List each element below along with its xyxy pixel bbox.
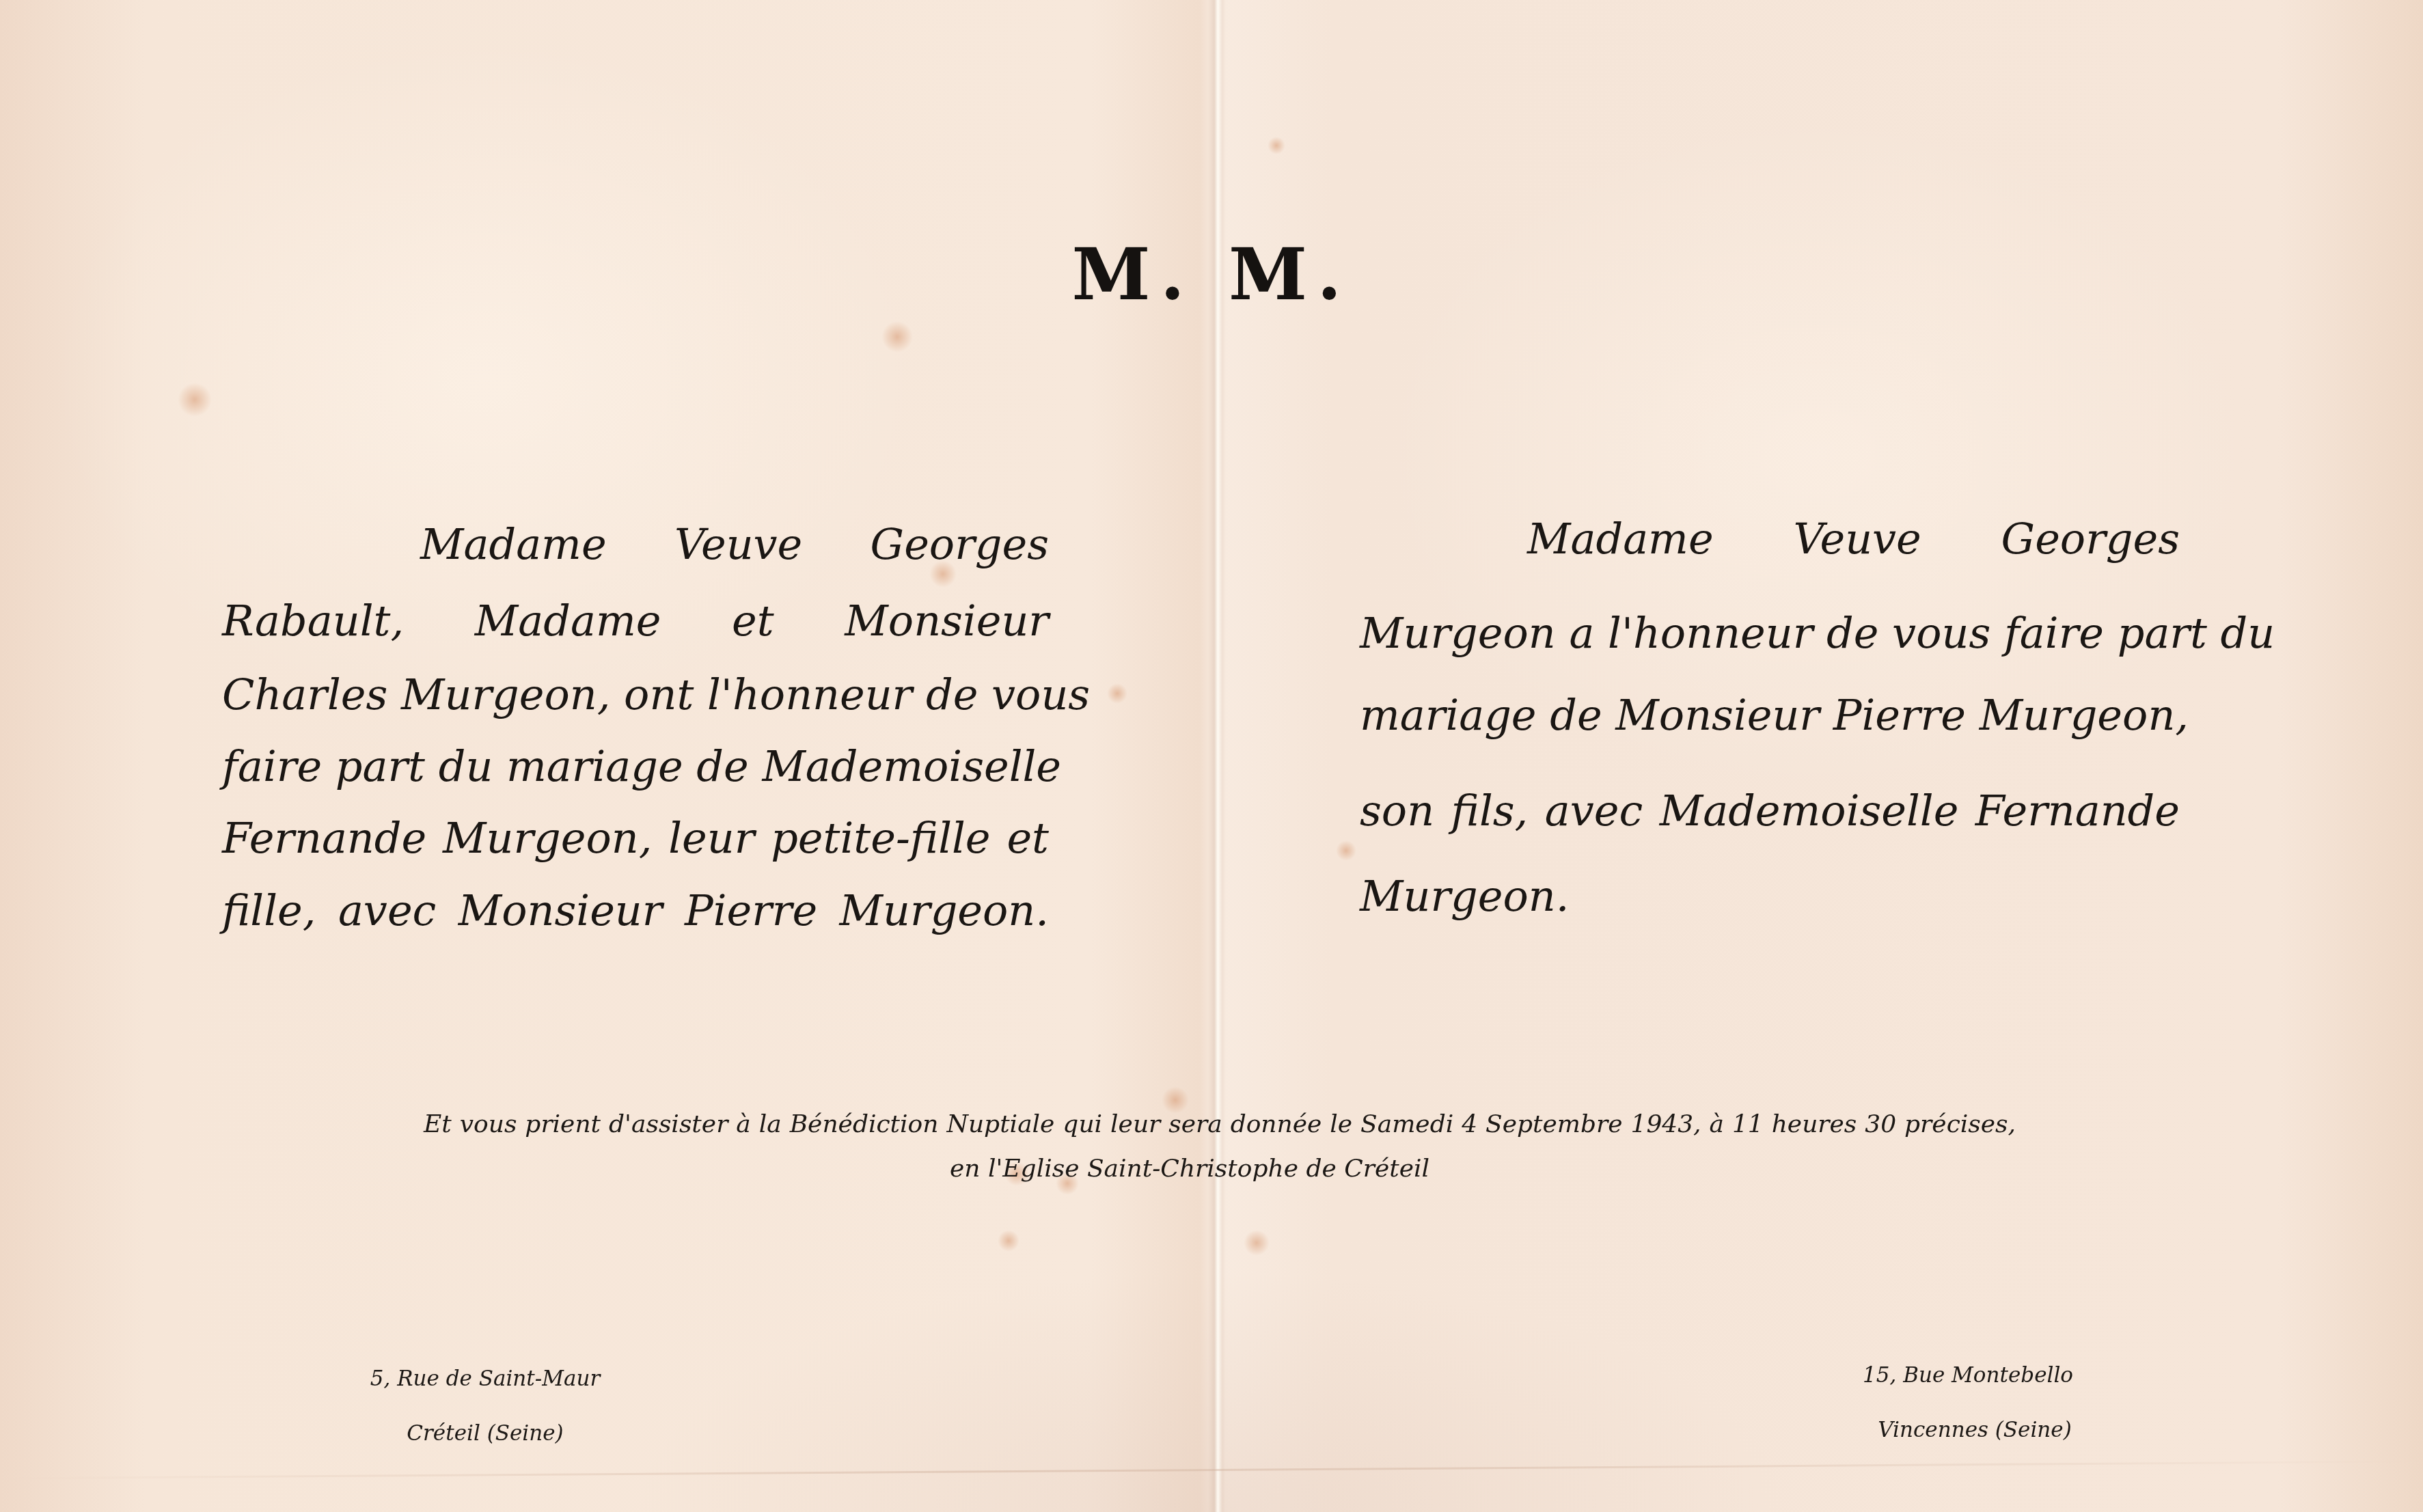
right-address-street: 15, Bue Montebello <box>1797 1363 2139 1388</box>
age-spot <box>1162 1086 1189 1114</box>
announcement-line: Murgeon a l'honneur de vous faire part d… <box>1360 608 2180 658</box>
announcement-line: mariage de Monsieur Pierre Murgeon, <box>1360 690 2180 740</box>
invitation-line-1: Et vous prient d'assister à la Bénédicti… <box>424 1110 2016 1138</box>
announcement-line: faire part du mariage de Mademoiselle <box>222 741 1049 791</box>
announcement-line: Charles Murgeon, ont l'honneur de vous <box>222 670 1049 719</box>
announcement-line: son fils, avec Mademoiselle Fernande <box>1360 786 2180 836</box>
announcement-line: Fernande Murgeon, leur petite-fille et <box>222 813 1049 863</box>
age-spot <box>1268 137 1285 154</box>
center-fold <box>1208 0 1226 1512</box>
announcement-line: Rabault, Madame et Monsieur <box>222 596 1049 646</box>
age-spot <box>1244 1230 1270 1256</box>
announcement-line: Madame Veuve Georges <box>420 519 1049 569</box>
right-address-city: Vincennes (Seine) <box>1804 1418 2146 1442</box>
age-spot <box>178 383 212 417</box>
age-spot <box>881 321 913 353</box>
announcement-line: fille, avec Monsieur Pierre Murgeon. <box>222 885 1049 935</box>
age-spot <box>1107 683 1127 704</box>
left-address-city: Créteil (Seine) <box>314 1421 656 1446</box>
announcement-line: Murgeon. <box>1360 871 1569 921</box>
age-spot <box>998 1230 1019 1252</box>
invitation-line-2: en l'Eglise Saint-Christophe de Créteil <box>950 1155 1429 1183</box>
left-address-street: 5, Rue de Saint-Maur <box>314 1366 656 1391</box>
age-spot <box>1336 840 1356 861</box>
monogram-heading: M. M. <box>0 232 2423 316</box>
announcement-line: Madame Veuve Georges <box>1527 514 2180 564</box>
